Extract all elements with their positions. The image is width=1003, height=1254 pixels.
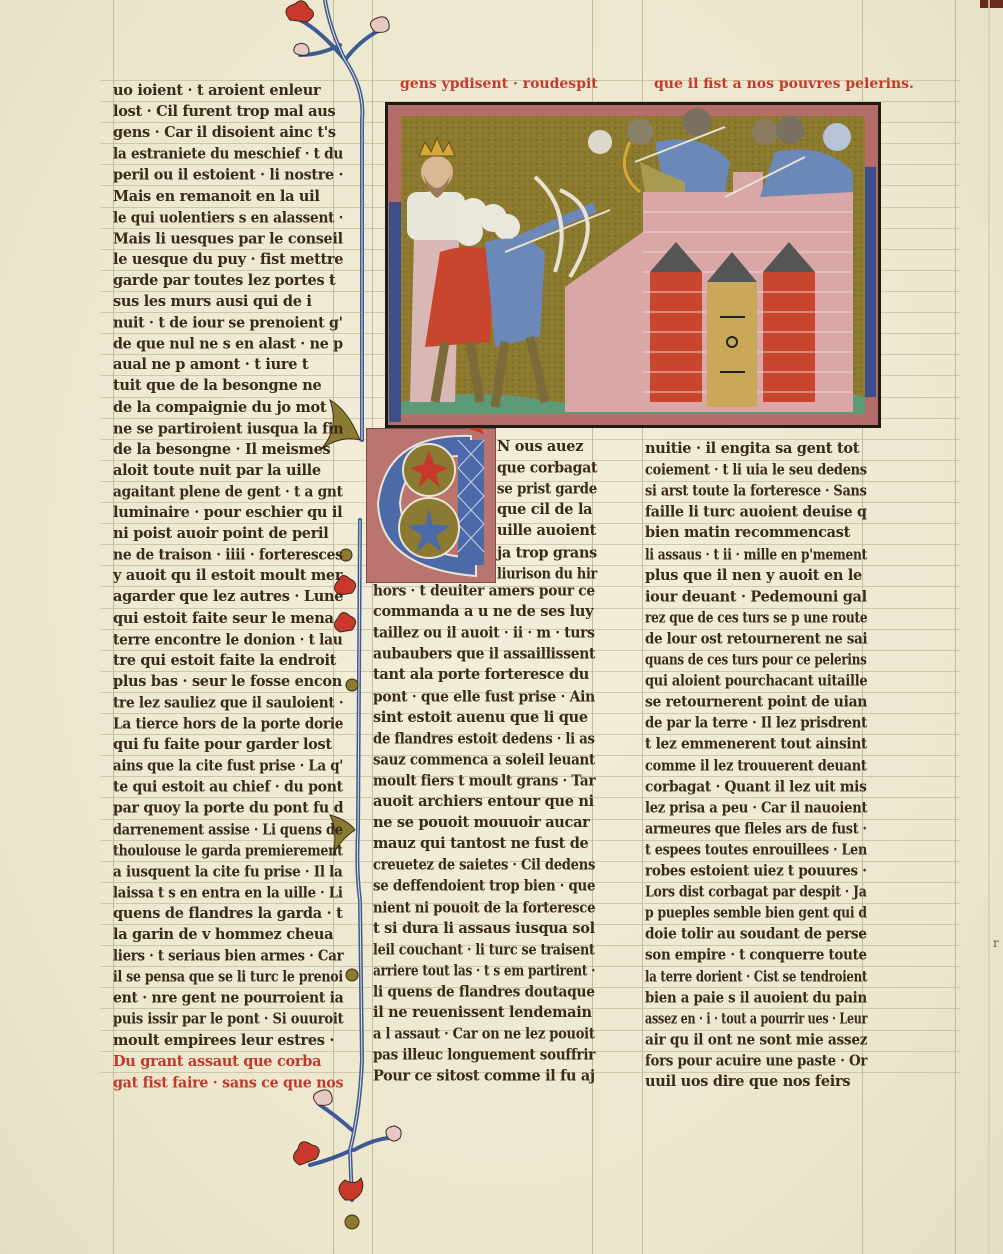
text-line: t lez emmenerent tout ainsint	[645, 735, 867, 753]
text-line: agarder que lez autres · Lune	[113, 588, 343, 606]
text-line: ja trop grans	[497, 544, 597, 562]
text-line: assez en · i · tout a pourrir ues · Leur	[645, 1010, 867, 1028]
text-line: uille auoient	[497, 522, 596, 540]
text-line: comme il lez trouuerent deuant	[645, 757, 867, 775]
text-line: uo ioient · t aroient enleur	[113, 82, 320, 100]
text-line: p pueples semble bien gent qui d	[645, 904, 867, 922]
text-line: sint estoit auenu que li que	[373, 708, 588, 726]
manuscript-page: gens ypdisent · roudespit que il fist a …	[0, 0, 1003, 1254]
text-line: de lour ost retournerent ne sai	[645, 630, 867, 648]
page-fold	[988, 0, 990, 1254]
text-line: de la besongne · Il meismes	[113, 440, 330, 458]
text-line: terre encontre le donion · t lau	[113, 631, 343, 649]
text-line: la garin de v hommez cheua	[113, 926, 333, 944]
text-line: plus bas · seur le fosse encon	[113, 672, 342, 690]
text-line: par quoy la porte du pont fu d	[113, 799, 343, 817]
text-line: auoit archiers entour que ni	[373, 793, 594, 811]
text-line: t si dura li assaus iusqua sol	[373, 919, 595, 937]
text-line: nuit · t de iour se prenoient g'	[113, 314, 343, 332]
text-line: Mais en remanoit en la uil	[113, 187, 320, 205]
text-line: fors pour acuire une paste · Or	[645, 1052, 867, 1070]
text-line: qui estoit faite seur le mena	[113, 609, 334, 627]
text-line: si arst toute la forteresce · Sans	[645, 482, 867, 500]
text-line: gens · Car il disoient ainc t's	[113, 124, 336, 142]
text-line: le qui uolentiers s en alassent ·	[113, 209, 343, 227]
text-line: corbagat · Quant il lez uit mis	[645, 778, 867, 796]
text-line: se deffendoient trop bien · que	[373, 877, 595, 895]
text-line: qui fu faite pour garder lost	[113, 736, 332, 754]
text-line: te qui estoit au chief · du pont	[113, 778, 343, 796]
text-line: ni poist auoir point de peril	[113, 525, 328, 543]
rubric-top-right: que il fist a nos pouvres pelerins.	[654, 76, 914, 92]
text-line: son empire · t conquerre toute	[645, 946, 867, 964]
text-line: ne se pouoit mouuoir aucar	[373, 814, 590, 832]
text-line: aloit toute nuit par la uille	[113, 461, 321, 479]
text-line: Du grant assaut que corba	[113, 1052, 321, 1070]
decorated-initial-c	[366, 428, 496, 583]
text-line: N ous auez	[497, 438, 583, 456]
text-line: quans de ces turs pour ce pelerins	[645, 651, 867, 669]
text-line: liurison du hir	[497, 565, 597, 583]
binding-edge	[980, 0, 1003, 8]
text-line: gat fist faire · sans ce que nos	[113, 1074, 343, 1092]
text-line: Mais li uesques par le conseil	[113, 230, 343, 248]
text-line: moult fiers t moult grans · Tar	[373, 772, 595, 790]
text-line: pas illeuc longuement souffrir	[373, 1046, 595, 1064]
text-line: La tierce hors de la porte dorie	[113, 715, 343, 733]
miniature-illustration	[385, 102, 881, 428]
text-line: de la compaignie du jo mot	[113, 398, 326, 416]
text-line: lez prisa a peu · Car il nauoient	[645, 799, 867, 817]
text-line: doie tolir au soudant de perse	[645, 925, 867, 943]
text-line: puis issir par le pont · Si ouuroit	[113, 1010, 343, 1028]
text-line: bien a paie s il auoient du pain	[645, 989, 867, 1007]
text-line: air qu il ont ne sont mie assez	[645, 1031, 867, 1049]
text-line: luminaire · pour eschier qu il	[113, 504, 342, 522]
text-line: Pour ce sitost comme il fu aj	[373, 1067, 595, 1085]
ruling-line	[955, 0, 956, 1254]
text-line: il se pensa que se li turc le prenoi	[113, 968, 343, 986]
text-line: bien matin recommencast	[645, 524, 850, 542]
text-line: aubaubers que il assaillissent	[373, 645, 595, 663]
text-line: garde par toutes lez portes t	[113, 271, 335, 289]
text-line: tant ala porte forteresce du	[373, 666, 589, 684]
text-line: le uesque du puy · fist mettre	[113, 250, 343, 268]
text-line: ent · nre gent ne pourroient ia	[113, 989, 343, 1007]
text-line: peril ou il estoient · li nostre ·	[113, 166, 343, 184]
text-line: leil couchant · li turc se traisent	[373, 941, 595, 959]
text-line: de que nul ne s en alast · ne p	[113, 335, 343, 353]
text-line: la terre dorient · Cist se tendroient	[645, 968, 867, 986]
text-line: darrenement assise · Li quens de	[113, 821, 343, 839]
text-line: ne se partiroient iusqua la fin	[113, 420, 343, 438]
text-line: coiement · t li uia le seu dedens	[645, 461, 867, 479]
text-line: taillez ou il auoit · ii · m · turs	[373, 624, 595, 642]
text-line: pont · que elle fust prise · Ain	[373, 688, 595, 706]
text-line: de flandres estoit dedens · li as	[373, 730, 595, 748]
text-line: liers · t seriaus bien armes · Car	[113, 947, 343, 965]
text-line: y auoit qu il estoit moult mer	[113, 567, 342, 585]
text-line: hors · t deuiter amers pour ce	[373, 582, 595, 600]
text-line: Lors dist corbagat par despit · Ja	[645, 883, 867, 901]
text-line: faille li turc auoient deuise q	[645, 503, 867, 521]
text-line: rez que de ces turs se p une route	[645, 609, 867, 627]
text-line: nuitie · il engita sa gent tot	[645, 440, 859, 458]
text-line: que corbagat	[497, 459, 597, 477]
text-line: moult empirees leur estres ·	[113, 1031, 334, 1049]
text-column-middle-beside-initial: N ous auezque corbagatse prist gardeque …	[497, 438, 597, 588]
text-line: ains que la cite fust prise · La q'	[113, 757, 343, 775]
text-line: tuit que de la besongne ne	[113, 377, 321, 395]
text-line: creuetez de saietes · Cil dedens	[373, 856, 595, 874]
text-line: mauz qui tantost ne fust de	[373, 835, 588, 853]
text-line: aual ne p amont · t iure t	[113, 356, 308, 374]
text-column-middle: hors · t deuiter amers pour cecommanda a…	[373, 582, 595, 1102]
text-line: arriere tout las · t s em partirent ·	[373, 962, 595, 980]
text-line: nient ni pouoit de la forteresce	[373, 899, 595, 917]
text-line: que cil de la	[497, 501, 592, 519]
text-line: sus les murs ausi qui de i	[113, 293, 312, 311]
text-line: iour deuant · Pedemouni gal	[645, 588, 867, 606]
text-line: tre lez sauliez que il sauloient ·	[113, 694, 343, 712]
text-line: quens de flandres la garda · t	[113, 904, 342, 922]
text-line: il ne reuenissent lendemain	[373, 1004, 592, 1022]
text-line: li assaus · t ii · mille en p'mement	[645, 546, 867, 564]
text-column-left: uo ioient · t aroient enleurlost · Cil f…	[113, 82, 343, 1092]
text-line: lost · Cil furent trop mal aus	[113, 103, 335, 121]
text-column-right: nuitie · il engita sa gent totcoiement ·…	[645, 440, 867, 1100]
text-line: robes estoient uiez t pouures ·	[645, 862, 867, 880]
text-line: qui aloient pourchacant uitaille	[645, 672, 867, 690]
text-line: a l assaut · Car on ne lez pouoit	[373, 1025, 595, 1043]
text-line: plus que il nen y auoit en le	[645, 566, 862, 584]
text-line: armeures que fleles ars de fust ·	[645, 820, 867, 838]
text-line: ne de traison · iiii · forteresces	[113, 546, 343, 564]
text-line: se retournerent point de uian	[645, 693, 867, 711]
text-line: laissa t s en entra en la uille · Li	[113, 884, 343, 902]
text-line: tre qui estoit faite la endroit	[113, 651, 336, 669]
text-line: a iusquent la cite fu prise · Il la	[113, 863, 343, 881]
text-line: agaitant plene de gent · t a gnt	[113, 483, 343, 501]
text-line: li quens de flandres doutaque	[373, 983, 595, 1001]
rubric-top-left: gens ypdisent · roudespit	[400, 76, 598, 92]
margin-note: r	[993, 936, 999, 950]
text-line: commanda a u ne de ses luy	[373, 603, 593, 621]
text-line: uuil uos dire que nos feirs	[645, 1073, 850, 1091]
text-line: sauz commenca a soleil leuant	[373, 751, 595, 769]
text-line: se prist garde	[497, 480, 597, 498]
text-line: la estraniete du meschief · t du	[113, 145, 343, 163]
text-line: de par la terre · Il lez prisdrent	[645, 714, 867, 732]
text-line: t espees toutes enrouillees · Len	[645, 841, 867, 859]
text-line: thoulouse le garda premierement	[113, 842, 343, 860]
